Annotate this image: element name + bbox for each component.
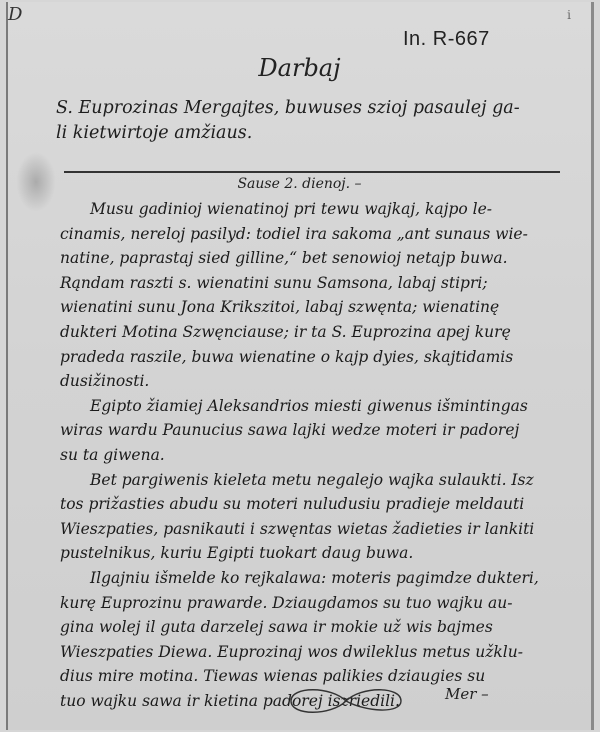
text-line: natine, paprastaj sied gilline,“ bet sen… xyxy=(60,246,580,271)
date-heading: Sause 2. dienoj. – xyxy=(8,176,591,192)
page-subtitle: S. Euprozinas Mergajtes, buwuses szioj p… xyxy=(56,96,576,146)
inventory-number: In. R-667 xyxy=(403,28,490,51)
text-line: Wieszpaties, pasnikauti i szwęntas wieta… xyxy=(60,517,580,542)
text-line: dukteri Motina Szwęnciause; ir ta S. Eup… xyxy=(60,320,580,345)
manuscript-body: Musu gadinioj wienatinoj pri tewu wajkaj… xyxy=(60,197,580,713)
text-line: Musu gadinioj wienatinoj pri tewu wajkaj… xyxy=(60,197,580,222)
text-line: gina wolej il guta darzelej sawa ir moki… xyxy=(60,615,580,640)
divider-rule xyxy=(64,171,560,173)
text-line: Bet pargiwenis kieleta metu negalejo waj… xyxy=(60,468,580,493)
text-line: Rąndam raszti s. wienatini sunu Samsona,… xyxy=(60,271,580,296)
text-line: pradeda raszile, buwa wienatine o kajp d… xyxy=(60,345,580,370)
text-line: kurę Euprozinu prawarde. Dziaugdamos su … xyxy=(60,591,580,616)
text-line: Wieszpaties Diewa. Euprozinaj wos dwilek… xyxy=(60,640,580,665)
text-line: pustelnikus, kuriu Egipti tuokart daug b… xyxy=(60,541,580,566)
page-title: Darbaj xyxy=(8,54,591,82)
subtitle-line: S. Euprozinas Mergajtes, buwuses szioj p… xyxy=(56,96,576,121)
text-line: dusižinosti. xyxy=(60,369,580,394)
text-line: wienatini sunu Jona Krikszitoi, labaj sz… xyxy=(60,295,580,320)
text-line: Egipto žiamiej Aleksandrios miesti giwen… xyxy=(60,394,580,419)
text-line: su ta giwena. xyxy=(60,443,580,468)
text-line: tos prižasties abudu su moteri nuludusiu… xyxy=(60,492,580,517)
corner-mark-right: ⅰ xyxy=(567,8,571,22)
subtitle-line: li kietwirtoje amžiaus. xyxy=(56,121,576,146)
paragraph: Musu gadinioj wienatinoj pri tewu wajkaj… xyxy=(60,197,580,271)
text-line: Ilgajniu išmelde ko rejkalawa: moteris p… xyxy=(60,566,580,591)
closing-catchword: Mer – xyxy=(445,685,489,703)
paragraph: Egipto žiamiej Aleksandrios miesti giwen… xyxy=(60,394,580,468)
manuscript-page: D ⅰ In. R-667 Darbaj S. Euprozinas Merga… xyxy=(6,2,594,730)
paragraph: Bet pargiwenis kieleta metu negalejo waj… xyxy=(60,468,580,566)
paragraph: Rąndam raszti s. wienatini sunu Samsona,… xyxy=(60,271,580,394)
corner-mark: D xyxy=(8,4,22,25)
text-line: wiras wardu Paunucius sawa lajki wedze m… xyxy=(60,418,580,443)
flourish-ornament xyxy=(286,684,406,718)
text-line: cinamis, nereloj pasilyd: todiel ira sak… xyxy=(60,222,580,247)
